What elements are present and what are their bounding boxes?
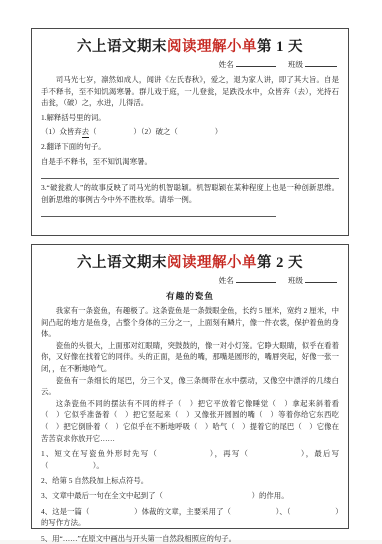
q1-item1-prefix: （1）众皆弃 — [41, 127, 82, 136]
sheet1-name-class-line: 姓名班级 — [41, 58, 339, 70]
sheet2-paragraph-2: 瓷鱼的头很大，上面那对红眼睛，突鼓鼓的，像一对小灯笼。它睁大眼睛，似乎在看着你，… — [41, 340, 339, 375]
sheet1-question-1-items: （1）众皆弃去（ ）（2）破之（ ） — [41, 126, 339, 138]
sheet2-passage-title: 有趣的瓷鱼 — [41, 290, 339, 302]
sheet1-title-prefix: 六上语文期末 — [77, 39, 167, 55]
sheet2-name-class-line: 姓名班级 — [41, 274, 339, 286]
sheet2-question-3: 3、文章中最后一句在全文中起到了（ ）的作用。 — [41, 490, 339, 502]
sheet1-title-suffix: 第 1 天 — [257, 39, 303, 55]
sheet2-question-5: 5、用“……”在原文中画出与开头第一自然段相照应的句子。 — [41, 533, 339, 544]
answer-blank-line — [41, 216, 276, 217]
name-label: 姓名 — [219, 276, 234, 285]
sheet2-paragraph-4: 这条瓷鱼不同的摆法有不同的样子（ ）把它平放着它像睡觉（ ）拿起来斜着看（ ）它… — [41, 398, 339, 444]
class-blank-line — [305, 58, 337, 67]
sheet2-question-2: 2、给第 5 自然段加上标点符号。 — [41, 475, 339, 487]
q1-item1-emphasized-word: 去 — [82, 127, 89, 138]
name-label: 姓名 — [219, 60, 234, 69]
sheet2-title-prefix: 六上语文期末 — [77, 255, 167, 271]
sheet2-title-suffix: 第 2 天 — [257, 255, 303, 271]
answer-blank-line — [41, 178, 339, 179]
class-label: 班级 — [288, 60, 303, 69]
sheet2-question-4: 4、这是一篇（ ）体裁的文章，主要采用了（ ）、（ ）的写作方法。 — [41, 506, 339, 529]
sheet1-title: 六上语文期末阅读理解小单第 1 天 — [41, 35, 339, 56]
worksheet-page: 六上语文期末阅读理解小单第 1 天 姓名班级 司马光七岁，凛然如成人，闻讲《左氏… — [0, 0, 382, 540]
class-label: 班级 — [288, 276, 303, 285]
sheet2-title-highlight: 阅读理解小单 — [167, 255, 257, 271]
sheet1-question-2-sentence: 自是手不释书，至不知饥渴寒暑。 — [41, 156, 339, 168]
sheet1-question-3: 3.“破瓮救人”的故事反映了司马光的机智聪颖。机智聪颖在某种程度上也是一种创新思… — [41, 182, 339, 205]
sheet1-question-2: 2.翻译下面的句子。 — [41, 141, 339, 153]
sheet2-paragraph-1: 我家有一条瓷鱼，有趣极了。这条瓷鱼是一条鼓眼金鱼，长约 5 厘米，宽约 2 厘米… — [41, 305, 339, 340]
class-blank-line — [305, 274, 337, 283]
sheet1-question-1: 1.解释括号里的词。 — [41, 112, 339, 124]
name-blank-line — [236, 274, 276, 283]
worksheet-day1: 六上语文期末阅读理解小单第 1 天 姓名班级 司马光七岁，凛然如成人，闻讲《左氏… — [31, 28, 349, 236]
worksheet-day2: 六上语文期末阅读理解小单第 2 天 姓名班级 有趣的瓷鱼 我家有一条瓷鱼，有趣极… — [31, 244, 349, 529]
q1-item1-suffix: （ ）（2）破之（ ） — [89, 127, 222, 136]
name-blank-line — [236, 58, 276, 67]
sheet1-title-highlight: 阅读理解小单 — [167, 39, 257, 55]
sheet1-passage: 司马光七岁，凛然如成人，闻讲《左氏春秋》，爱之，退为家人讲，即了其大旨。自是手不… — [41, 74, 339, 109]
sheet2-title: 六上语文期末阅读理解小单第 2 天 — [41, 251, 339, 272]
sheet2-question-1: 1、短文在写瓷鱼外形时先写（ ），再写（ ），最后写（ ）。 — [41, 448, 339, 471]
sheet2-paragraph-3: 瓷鱼有一条细长的尾巴，分三个叉，像三条绸带在水中摆动，又像空中漂浮的几缕白云。 — [41, 375, 339, 398]
